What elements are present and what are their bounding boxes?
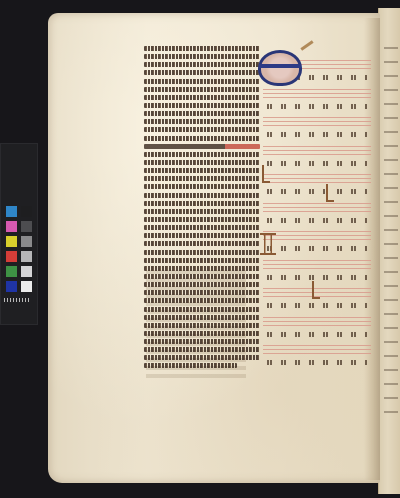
chant-text-underlay [267,275,367,280]
adjacent-leaf-text [384,40,398,420]
decorated-initial-c [258,50,302,86]
swatch-magenta [6,221,17,232]
cadel-initial-l [312,281,320,299]
text-line [144,250,260,255]
text-line [144,274,260,279]
swatch-white [21,281,32,292]
music-staff [263,117,371,129]
text-line [144,298,260,303]
text-line [144,290,260,295]
text-line [144,111,260,116]
text-line [144,119,260,124]
music-staff [263,345,371,357]
music-staff [263,203,371,215]
swatch-dark-blue [6,281,17,292]
music-staff [263,174,371,186]
text-line [144,152,260,157]
text-line [144,70,260,75]
color-calibration-card [0,143,38,325]
music-staff [263,317,371,329]
swatch-red [6,251,17,262]
staff-block [263,172,371,201]
text-line [144,331,260,336]
staff-block [263,201,371,230]
staff-block [263,115,371,144]
swatch-green [6,266,17,277]
chant-text-underlay [267,246,367,251]
text-line [144,307,260,312]
music-staff [263,146,371,158]
text-line [144,258,260,263]
text-line [144,79,260,84]
text-line [144,87,260,92]
text-line [144,241,260,246]
staff-block [263,315,371,344]
chant-text-underlay [267,132,367,137]
text-line [144,54,260,59]
text-line [144,160,260,165]
text-line [144,184,260,189]
chant-text-underlay [267,303,367,308]
text-line [144,136,260,141]
swatch-yellow [6,236,17,247]
chant-text-underlay [267,161,367,166]
chant-text-underlay [267,218,367,223]
text-line [144,282,260,287]
music-staff [263,89,371,101]
text-line [144,347,260,352]
cadel-initial-i [260,233,276,255]
text-line [144,103,260,108]
text-line [144,46,260,51]
cadel-initial-l [262,165,270,183]
text-line [144,217,260,222]
text-line [144,168,260,173]
text-line [144,233,260,238]
text-line [144,144,260,149]
chant-text-underlay [267,332,367,337]
text-line [144,127,260,132]
swatch-dark-gray [21,221,32,232]
measurement-scale [4,298,30,302]
text-line [144,355,260,360]
text-line [144,176,260,181]
text-line [144,323,260,328]
text-line [144,95,260,100]
chant-text-underlay [267,189,367,194]
text-line [144,209,260,214]
swatch-mid-gray [21,236,32,247]
swatch-light-gray [21,251,32,262]
staff-block [263,343,371,372]
text-line [144,315,260,320]
music-staff [263,231,371,243]
text-line [144,266,260,271]
text-line [144,363,237,368]
staff-block [263,229,371,258]
staff-block [263,144,371,173]
swatch-black [21,206,32,217]
cadel-initial-l [326,184,334,202]
swatch-blue [6,206,17,217]
music-staff [263,260,371,272]
left-text-column [144,46,260,372]
text-line [144,201,260,206]
swatch-lighter-gray [21,266,32,277]
text-line [144,225,260,230]
chant-text-underlay [267,104,367,109]
right-music-column [263,58,371,378]
text-line [144,339,260,344]
staff-block [263,87,371,116]
text-line [144,62,260,67]
chant-text-underlay [267,360,367,365]
text-line [144,193,260,198]
